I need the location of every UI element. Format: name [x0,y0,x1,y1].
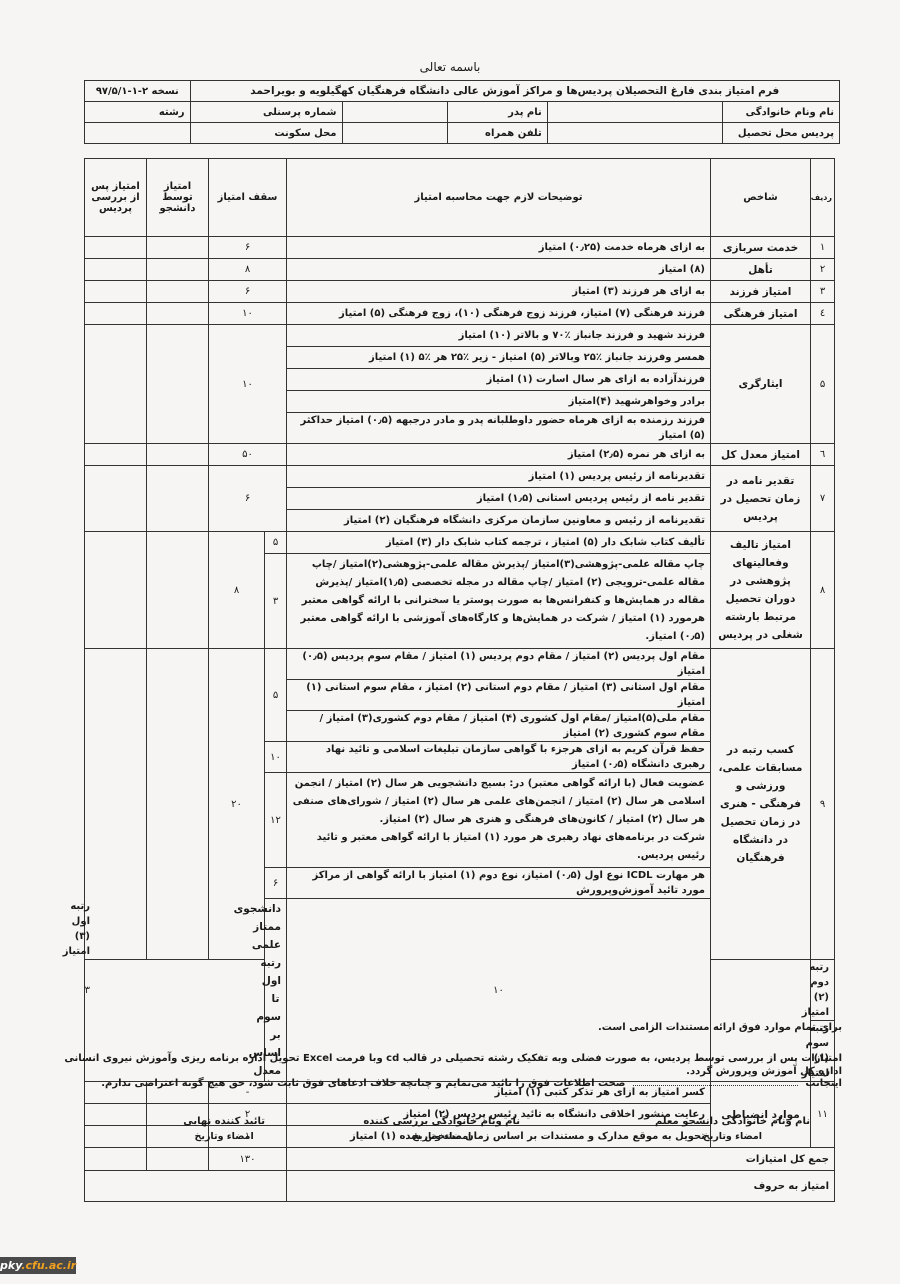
description: فرزند رزمنده به ازای هرماه حضور داوطلبان… [287,413,711,444]
signature-sub: امضاء وتاریخ [655,1129,810,1144]
campus-score-cell[interactable] [85,649,147,960]
header-description: توضیحات لازم جهت محاسبه امتیاز [287,159,711,237]
indicator: امتیاز تالیف وفعالیتهای پژوهشی در دوران … [711,532,811,649]
description: هر مهارت ICDL نوع اول (۰٫۵) امتیاز، نوع … [287,868,711,899]
description: (۸) امتیاز [287,259,711,281]
mobile-field[interactable] [342,123,448,144]
personnel-no-label: شماره پرسنلی [190,102,342,123]
ceiling: ۶ [209,281,287,303]
student-score-cell[interactable] [147,281,209,303]
ceiling: ۸ [209,532,265,649]
description: مقام ملی(۵)امتیاز /مقام اول کشوری (۴) ام… [287,711,711,742]
student-score-cell[interactable] [147,303,209,325]
signature-title: تائید کننده نهایی [183,1114,265,1129]
description: به ازای هرماه خدمت (۰٫۲۵) امتیاز [287,237,711,259]
watermark-domain: .cfu.ac.ir [21,1259,76,1272]
signature-sub: امضاء وتاریخ [363,1129,520,1144]
father-name-field[interactable] [342,102,448,123]
note-declaration: اینجانب صحت اطلاعات فوق را تائید می‌نمای… [101,1078,842,1089]
row-index: ۱۱ [811,1082,835,1148]
header-indicator: شاخص [711,159,811,237]
row-index: ۳ [811,281,835,303]
signature-reviewer: نام ونام خانوادگی بررسی کننده امضاء وتار… [363,1114,520,1144]
row-index: ۷ [811,466,835,532]
description: فرزند فرهنگی (۷) امتیاز، فرزند زوج فرهنگ… [287,303,711,325]
row-index: ٦ [811,444,835,466]
watermark-prefix: pky [0,1259,21,1272]
campus-score-cell[interactable] [85,1126,147,1148]
description: رتبه دوم (۲) امتیاز [811,960,835,1021]
field-label: رشته [159,107,185,118]
total-value: ۱۳۰ [209,1148,287,1171]
indicator: امتیاز معدل کل [711,444,811,466]
header-campus-score: امتیاز پس از بررسی پردیس [85,159,147,237]
sub-ceiling: ۶ [265,868,287,899]
campus-score-cell[interactable] [85,259,147,281]
indicator: تأهل [711,259,811,281]
ceiling: ۱۰ [209,303,287,325]
description: برادر وخواهرشهید (۴)امتیاز [287,391,711,413]
sub-ceiling: ۱۲ [265,773,287,868]
description: فرزندآزاده به ازای هر سال اسارت (۱) امتی… [287,369,711,391]
description: به ازای هر فرزند (۳) امتیاز [287,281,711,303]
campus-score-cell[interactable] [85,1104,147,1126]
row-index: ۲ [811,259,835,281]
header-row: ردیف [811,159,835,237]
basmala: باسمه تعالی [0,60,900,74]
form-title: فرم امتیاز بندی فارغ التحصیلان پردیس‌ها … [190,81,839,102]
note-submission: امتیازات پس از بررسی توسط پردیس، به صورت… [52,1052,842,1078]
ceiling: ۶ [209,466,287,532]
ceiling: ۵۰ [209,444,287,466]
signature-final-approver: تائید کننده نهایی امضاء وتاریخ [183,1114,265,1144]
score-table: ردیف شاخص توضیحات لازم جهت محاسبه امتیاز… [84,158,835,1202]
declaration-suffix: صحت اطلاعات فوق را تائید می‌نمایم و چنان… [101,1078,625,1089]
header-student-score: امتیاز توسط دانشجو [147,159,209,237]
signature-title: نام ونام خانوادگی دانشجو معلم [655,1114,810,1129]
header-table: فرم امتیاز بندی فارغ التحصیلان پردیس‌ها … [84,80,840,144]
row-index: ۱ [811,237,835,259]
indicator: ایثارگری [711,325,811,444]
row-index: ٤ [811,303,835,325]
student-score-cell[interactable] [147,325,209,444]
in-words-label: امتیاز به حروف [287,1171,835,1202]
row-index: ۵ [811,325,835,444]
document-page: باسمه تعالی فرم امتیاز بندی فارغ التحصیل… [0,0,900,1284]
ceiling: ۱۰ [209,325,287,444]
ceiling: ۸ [209,259,287,281]
row-index: ۸ [811,532,835,649]
student-total-cell[interactable] [147,1148,209,1171]
campus-label: پردیس محل تحصیل [722,123,839,144]
signature-sub: امضاء وتاریخ [183,1129,265,1144]
description: مقام اول پردیس (۲) امتیاز / مقام دوم پرد… [287,649,711,680]
description: چاپ مقاله علمی-پژوهشی(۳)امتیاز /پذیرش مق… [287,554,711,649]
sub-ceiling: ۳ [265,554,287,649]
sub-ceiling: ۵ [265,532,287,554]
campus-score-cell[interactable] [85,303,147,325]
student-score-cell[interactable] [147,649,209,960]
description: حفظ قرآن کریم به ازای هرجزء با گواهی ساز… [287,742,711,773]
description: تقدیر نامه از رئیس پردیس استانی (۱٫۵) ام… [287,488,711,510]
ceiling: ۶ [209,237,287,259]
note-documents-required: برای تمام موارد فوق ارائه مستندات الزامی… [598,1022,842,1033]
campus-score-cell[interactable] [85,237,147,259]
version-label: نسخه ۲-۱-۹۷/۵/۱ [85,81,191,102]
description: به ازای هر نمره (۲٫۵) امتیاز [287,444,711,466]
description: مقام اول استانی (۳) امتیاز / مقام دوم اس… [287,680,711,711]
declarant-name-field[interactable] [633,1085,798,1086]
residence-field[interactable] [85,123,191,144]
description-text: عضویت فعال (با ارائه گواهی معتبر) در: بس… [292,775,705,829]
mobile-label: تلفن همراه [448,123,548,144]
campus-score-cell[interactable] [85,325,147,444]
name-label: نام ونام خانوادگی [722,102,839,123]
description: همسر وفرزند جانباز ٪۲۵ وبالاتر (۵) امتیا… [287,347,711,369]
student-score-cell[interactable] [147,237,209,259]
in-words-field[interactable] [85,1171,287,1202]
header-ceiling: سقف امتیاز [209,159,287,237]
declaration-prefix: اینجانب [805,1078,842,1089]
description: تقدیرنامه از رئیس پردیس (۱) امتیاز [287,466,711,488]
student-score-cell[interactable] [147,259,209,281]
signature-student: نام ونام خانوادگی دانشجو معلم امضاء وتار… [655,1114,810,1144]
residence-label: محل سکونت [190,123,342,144]
description: تقدیرنامه از رئیس و معاونین سازمان مرکزی… [287,510,711,532]
campus-score-cell[interactable] [85,466,147,532]
student-score-cell[interactable] [147,532,209,649]
student-score-cell[interactable] [147,444,209,466]
sub-ceiling: ۵ [265,649,287,742]
campus-score-cell[interactable] [85,281,147,303]
father-name-label: نام پدر [448,102,548,123]
total-label: جمع کل امتیازات [287,1148,835,1171]
indicator: امتیاز فرزند [711,281,811,303]
indicator: امتیاز فرهنگی [711,303,811,325]
indicator: کسب رتبه در مسابقات علمی، ورزشی و فرهنگی… [711,649,811,960]
site-watermark: pky.cfu.ac.ir [0,1257,76,1274]
description: فرزند شهید و فرزند جانباز ٪۷۰ و بالاتر (… [287,325,711,347]
campus-score-cell[interactable] [85,532,147,649]
indicator: تقدیر نامه در زمان تحصیل در پردیس [711,466,811,532]
student-score-cell[interactable] [147,466,209,532]
campus-field[interactable] [547,123,722,144]
description: تألیف کتاب شابک دار (۵) امتیاز ، ترجمه ک… [287,532,711,554]
row-index: ۹ [811,649,835,960]
sub-ceiling: ۱۰ [265,742,287,773]
name-field[interactable] [547,102,722,123]
campus-total-cell[interactable] [85,1148,147,1171]
campus-score-cell[interactable] [85,444,147,466]
description: عضویت فعال (با ارائه گواهی معتبر) در: بس… [287,773,711,868]
description-text-2: شرکت در برنامه‌های نهاد رهبری هر مورد (۱… [292,829,705,865]
indicator: خدمت سربازی [711,237,811,259]
signature-title: نام ونام خانوادگی بررسی کننده [363,1114,520,1129]
